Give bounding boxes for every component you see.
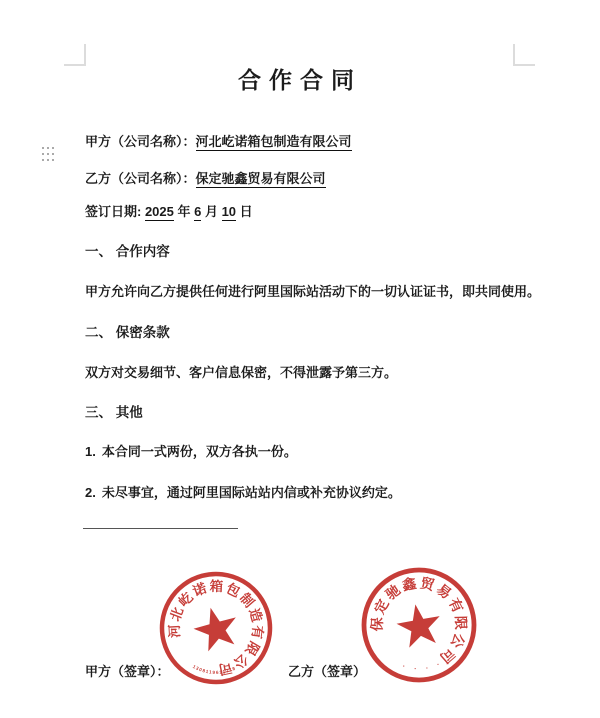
section-1-heading: 一、 合作内容	[85, 240, 170, 260]
party-b-company-seal: 保定驰鑫贸易有限公司 · · · · · ·	[357, 563, 481, 687]
item-1-text: 本合同一式两份，双方各执一份。	[102, 444, 297, 459]
section-3-heading: 三、 其他	[85, 401, 143, 421]
contract-document-page: 合作合同 甲方（公司名称）：河北屹诺箱包制造有限公司 乙方（公司名称）：保定驰鑫…	[0, 0, 600, 718]
sign-date-line: 签订日期: 2025 年 6 月 10 日	[85, 201, 253, 220]
drag-handle-icon[interactable]	[42, 147, 54, 161]
signature-rule	[83, 519, 238, 529]
party-a-signature-label: 甲方（签章）：	[85, 661, 170, 680]
sign-date-day-unit: 日	[236, 204, 253, 219]
item-1-number: 1.	[85, 444, 96, 459]
party-a-line: 甲方（公司名称）：河北屹诺箱包制造有限公司	[85, 131, 352, 150]
party-a-label: 甲方（公司名称）：	[85, 134, 196, 149]
sign-date-year: 2025	[145, 204, 174, 221]
section-3-item-2: 2.未尽事宜，通过阿里国际站站内信或补充协议约定。	[85, 482, 401, 501]
party-a-name: 河北屹诺箱包制造有限公司	[196, 134, 352, 151]
section-3-item-1: 1.本合同一式两份，双方各执一份。	[85, 441, 297, 460]
item-2-number: 2.	[85, 485, 96, 500]
sign-date-label: 签订日期:	[85, 204, 145, 219]
party-b-signature-label: 乙方（签章）	[288, 661, 366, 680]
sign-date-day: 10	[222, 204, 236, 221]
sign-date-year-unit: 年	[174, 204, 194, 219]
section-2-heading: 二、 保密条款	[85, 321, 170, 341]
section-1-body: 甲方允许向乙方提供任何进行阿里国际站活动下的一切认证证书，即共同使用。	[85, 281, 540, 300]
party-b-name: 保定驰鑫贸易有限公司	[196, 171, 326, 188]
section-2-body: 双方对交易细节、客户信息保密，不得泄露予第三方。	[85, 362, 397, 381]
party-b-label: 乙方（公司名称）：	[85, 171, 196, 186]
party-b-line: 乙方（公司名称）：保定驰鑫贸易有限公司	[85, 168, 326, 187]
party-a-company-seal: 河北屹诺箱包制造有限公司 1308119611778	[155, 567, 277, 689]
sign-date-month-unit: 月	[201, 204, 221, 219]
seal-star-icon	[394, 601, 444, 650]
seal-star-icon	[189, 602, 242, 654]
item-2-text: 未尽事宜，通过阿里国际站站内信或补充协议约定。	[102, 485, 401, 500]
document-title: 合作合同	[0, 62, 600, 95]
